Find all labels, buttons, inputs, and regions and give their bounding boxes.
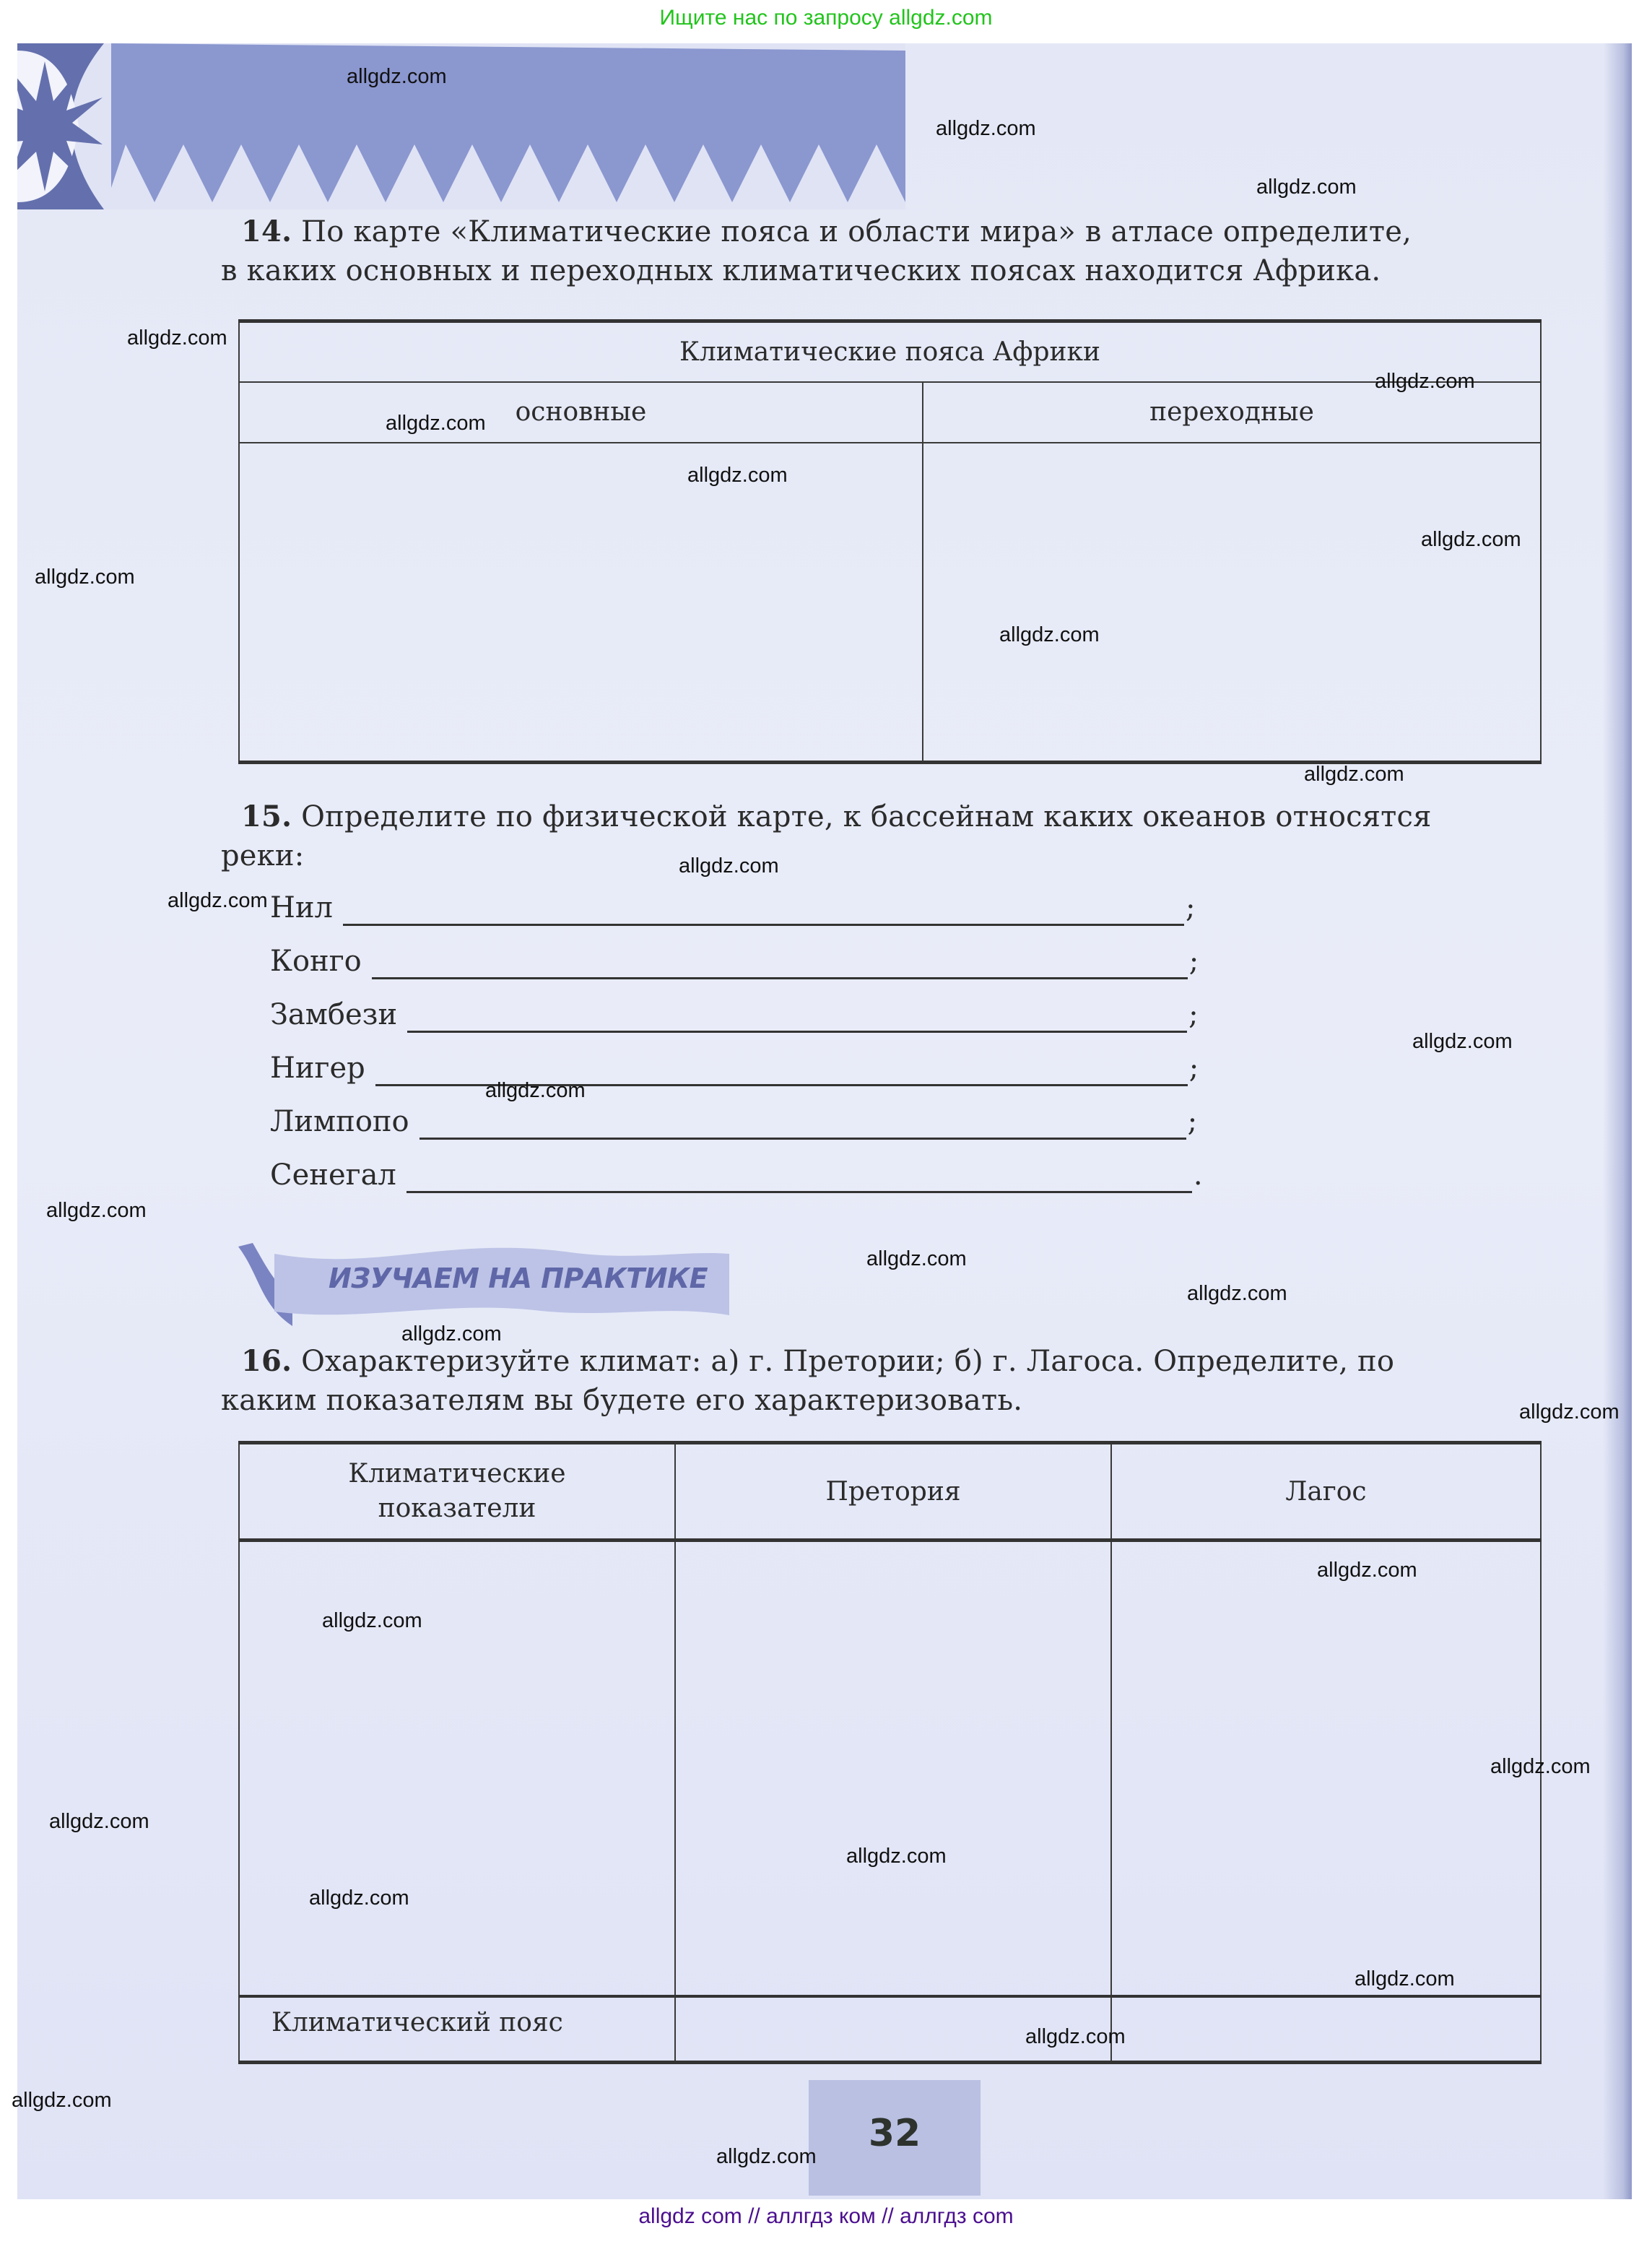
page-number-box: 32	[809, 2080, 981, 2196]
decorative-header-band	[17, 43, 905, 209]
watermark: allgdz.com	[322, 1609, 422, 1633]
watermark: allgdz.com	[127, 326, 227, 350]
watermark: allgdz.com	[936, 117, 1036, 141]
river-row-niger: Нигер ;	[270, 1050, 1199, 1086]
river-row-senegal: Сенегал .	[270, 1157, 1203, 1193]
indicator-cell[interactable]	[239, 1541, 675, 1996]
watermark: allgdz.com	[49, 1810, 149, 1834]
watermark: allgdz.com	[1519, 1400, 1620, 1424]
watermark: allgdz.com	[401, 1322, 502, 1346]
answer-cell-main[interactable]	[239, 443, 923, 763]
page-spine-shadow	[1603, 43, 1632, 2199]
row-label-climate-belt: Климатический пояс	[239, 1996, 675, 2063]
watermark: allgdz.com	[1317, 1559, 1417, 1582]
watermark: allgdz.com	[1025, 2025, 1126, 2049]
watermark: allgdz.com	[687, 464, 788, 488]
lagos-climate-belt-cell[interactable]	[1111, 1996, 1541, 2063]
watermark: allgdz.com	[1187, 1282, 1287, 1306]
task-14-text: 14. По карте «Климатические пояса и обла…	[221, 212, 1542, 290]
page-number: 32	[809, 2112, 981, 2155]
watermark: allgdz.com	[1304, 763, 1404, 787]
task-number: 16.	[241, 1344, 292, 1378]
watermark: allgdz.com	[485, 1079, 586, 1103]
watermark: allgdz.com	[46, 1199, 147, 1223]
watermark: allgdz.com	[386, 412, 486, 436]
river-row-limpopo: Лимпопо ;	[270, 1104, 1197, 1140]
watermark: allgdz.com	[1355, 1967, 1455, 1991]
task-number: 14.	[241, 215, 292, 248]
river-row-nile: Нил ;	[270, 890, 1195, 926]
watermark: allgdz.com	[347, 65, 447, 89]
watermark: allgdz.com	[1412, 1030, 1513, 1054]
watermark: allgdz.com	[1256, 176, 1357, 199]
answer-line[interactable]	[407, 1166, 1192, 1193]
watermark: allgdz.com	[1490, 1755, 1591, 1779]
watermark: allgdz.com	[866, 1247, 967, 1271]
watermark: allgdz.com	[12, 2089, 112, 2113]
lagos-cell[interactable]	[1111, 1541, 1541, 1996]
river-row-zambezi: Замбези ;	[270, 997, 1199, 1033]
task-number: 15.	[241, 800, 292, 833]
column-header-pretoria: Претория	[675, 1443, 1111, 1541]
table-title: Климатические пояса Африки	[239, 321, 1541, 382]
section-banner-label: ИЗУЧАЕМ НА ПРАКТИКЕ	[329, 1262, 708, 1294]
answer-cell-transitional[interactable]	[923, 443, 1541, 763]
task-15-text: 15. Определите по физической карте, к ба…	[221, 797, 1542, 875]
watermark: allgdz.com	[1421, 528, 1521, 552]
top-search-banner[interactable]: Ищите нас по запросу allgdz.com	[0, 0, 1652, 40]
pretoria-cell[interactable]	[675, 1541, 1111, 1996]
column-header-main: основные	[239, 382, 923, 443]
answer-line[interactable]	[343, 899, 1184, 926]
bottom-links[interactable]: allgdz com // аллгдз ком // аллгдз com	[0, 2204, 1652, 2229]
watermark: allgdz.com	[1375, 370, 1475, 394]
task-16-text: 16. Охарактеризуйте климат: а) г. Претор…	[221, 1342, 1542, 1420]
climate-comparison-table: Климатические показатели Претория Лагос …	[238, 1441, 1542, 2064]
watermark: allgdz.com	[999, 623, 1100, 647]
watermark: allgdz.com	[35, 566, 135, 589]
section-banner: ИЗУЧАЕМ НА ПРАКТИКЕ	[231, 1232, 729, 1326]
column-header-lagos: Лагос	[1111, 1443, 1541, 1541]
answer-line[interactable]	[407, 1006, 1187, 1033]
river-row-congo: Конго ;	[270, 943, 1199, 979]
watermark: allgdz.com	[846, 1845, 947, 1868]
africa-climate-belts-table: Климатические пояса Африки основные пере…	[238, 319, 1542, 764]
watermark: allgdz.com	[168, 889, 268, 913]
watermark: allgdz.com	[679, 854, 779, 878]
column-header-indicators: Климатические показатели	[239, 1443, 675, 1541]
answer-line[interactable]	[372, 953, 1188, 979]
watermark: allgdz.com	[309, 1886, 409, 1910]
answer-line[interactable]	[419, 1113, 1186, 1140]
watermark: allgdz.com	[716, 2145, 817, 2169]
